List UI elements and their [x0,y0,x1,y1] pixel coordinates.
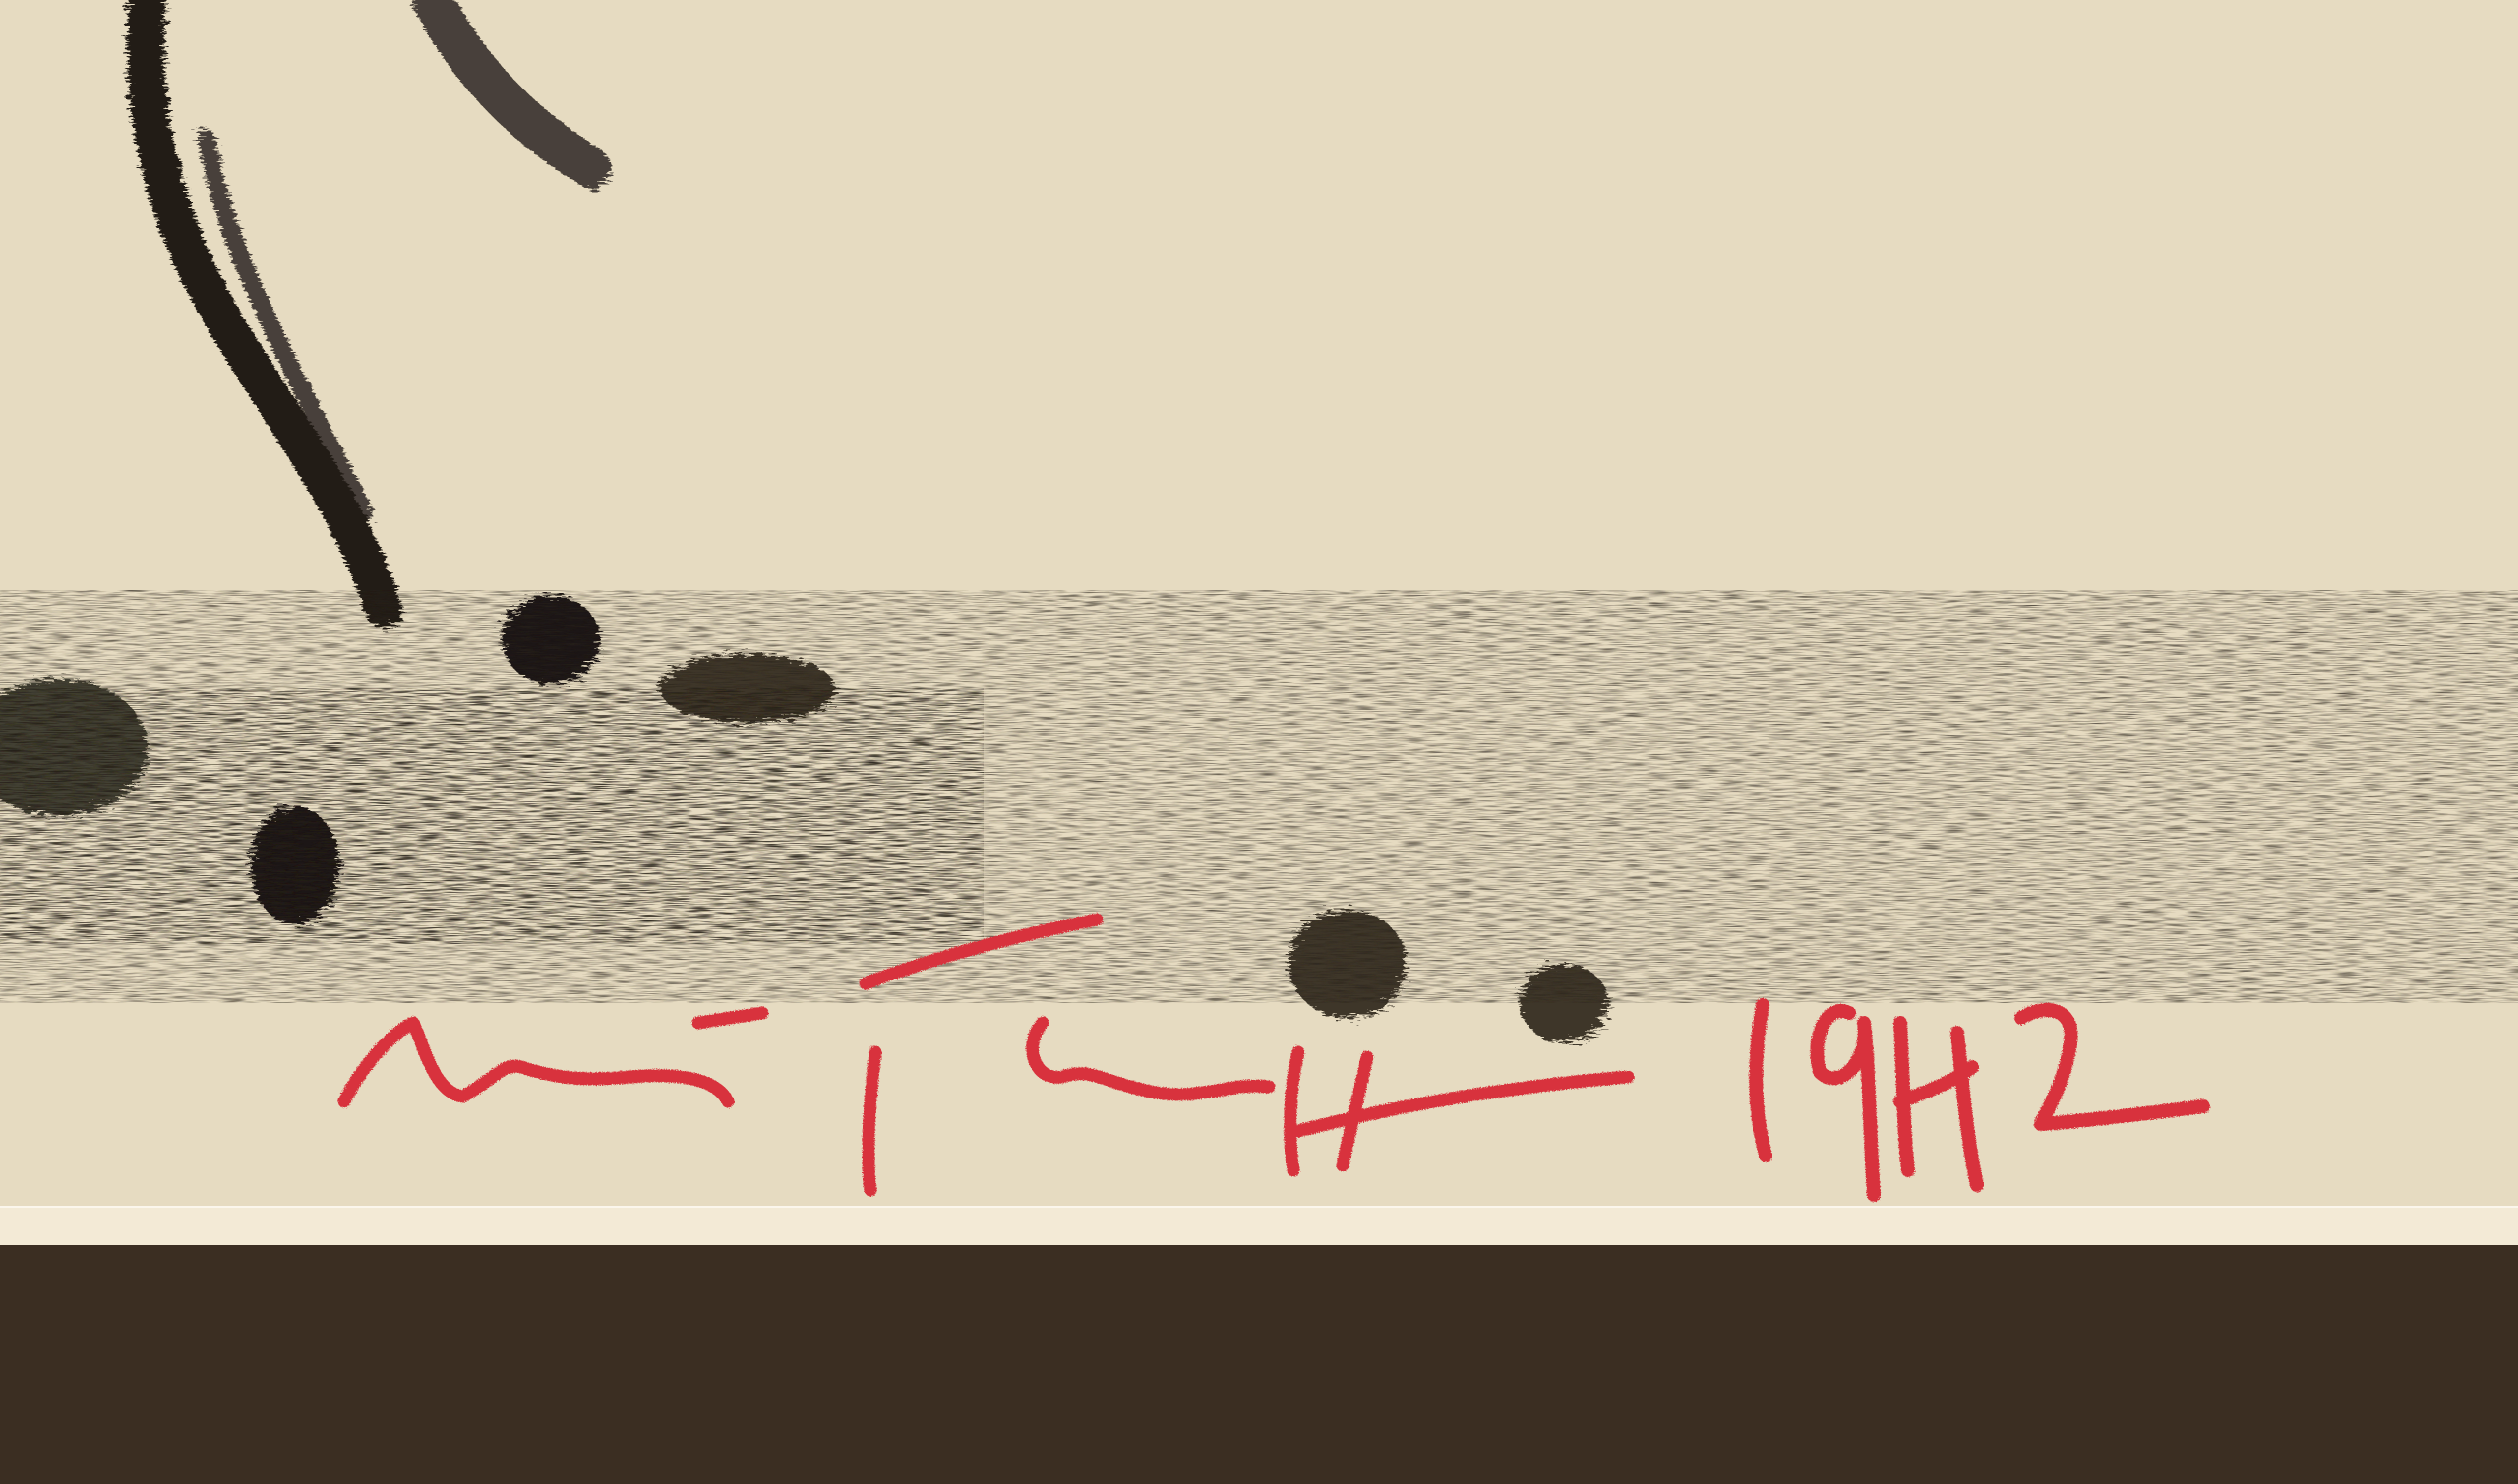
dark-frame [0,1245,2518,1484]
mat-border [0,1206,2518,1247]
artwork-paper: 1942 [0,0,2518,1206]
red-signature [0,0,2518,1206]
